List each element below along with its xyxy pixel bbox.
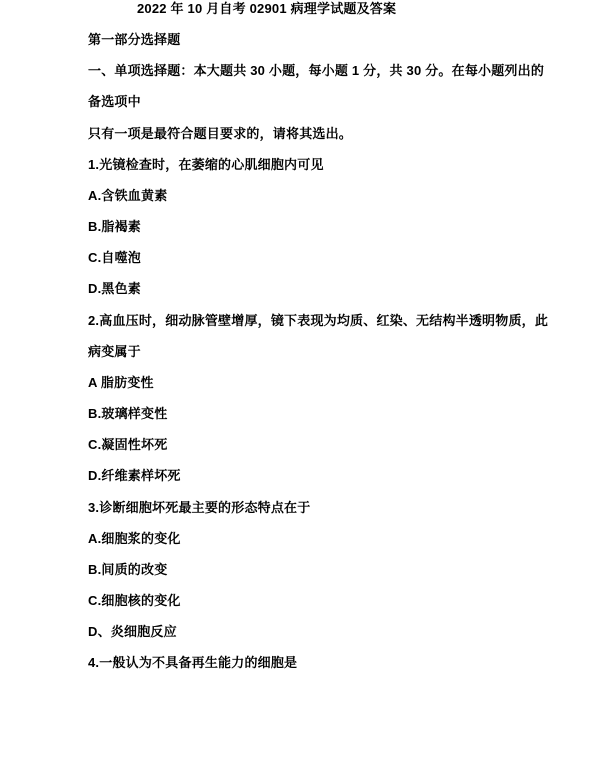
question-2-stem-line-2: 病变属于 — [88, 336, 596, 367]
question-3-option-a: A.细胞浆的变化 — [88, 523, 596, 554]
question-1-stem: 1.光镜检查时，在萎缩的心肌细胞内可见 — [88, 149, 596, 180]
instruction-line-2: 备选项中 — [88, 86, 596, 117]
question-2-option-c: C.凝固性坏死 — [88, 429, 596, 460]
question-1-option-b: B.脂褐素 — [88, 211, 596, 242]
instruction-line-3: 只有一项是最符合题目要求的，请将其选出。 — [88, 118, 596, 149]
question-3-option-b: B.间质的改变 — [88, 554, 596, 585]
question-3-option-c: C.细胞核的变化 — [88, 585, 596, 616]
question-1-option-a: A.含铁血黄素 — [88, 180, 596, 211]
question-1-option-c: C.自噬泡 — [88, 242, 596, 273]
question-2-option-a: A 脂肪变性 — [88, 367, 596, 398]
section-heading: 第一部分选择题 — [88, 24, 596, 55]
question-2-option-b: B.玻璃样变性 — [88, 398, 596, 429]
question-3-option-d: D、炎细胞反应 — [88, 616, 596, 647]
question-3-stem: 3.诊断细胞坏死最主要的形态特点在于 — [88, 492, 596, 523]
question-1-option-d: D.黑色素 — [88, 273, 596, 304]
exam-document-body: 2022 年 10 月自考 02901 病理学试题及答案 第一部分选择题 一、单… — [88, 0, 596, 678]
exam-title: 2022 年 10 月自考 02901 病理学试题及答案 — [137, 0, 596, 24]
question-4-stem: 4.一般认为不具备再生能力的细胞是 — [88, 647, 596, 678]
question-2-option-d: D.纤维素样坏死 — [88, 460, 596, 491]
instruction-line-1: 一、单项选择题：本大题共 30 小题，每小题 1 分，共 30 分。在每小题列出… — [88, 55, 596, 86]
question-2-stem-line-1: 2.高血压时，细动脉管壁增厚，镜下表现为均质、红染、无结构半透明物质，此 — [88, 305, 596, 336]
exam-document-page: 2022 年 10 月自考 02901 病理学试题及答案 第一部分选择题 一、单… — [0, 0, 596, 762]
